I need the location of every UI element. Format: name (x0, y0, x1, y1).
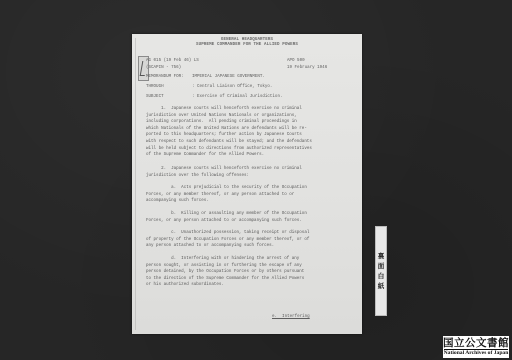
logo-japanese: 国立公文書館 (443, 337, 509, 349)
paragraph-1: 1. Japanese courts will henceforth exerc… (146, 106, 356, 159)
paragraph-2: 2. Japanese courts will henceforth exerc… (146, 166, 356, 179)
logo-english: National Archives of Japan (444, 349, 509, 357)
national-archives-logo: 国立公文書館 National Archives of Japan (443, 336, 509, 358)
item-a: a. Acts prejudicial to the security of t… (146, 185, 356, 205)
header-line-2: SUPREME COMMANDER FOR THE ALLIED POWERS (132, 42, 362, 49)
item-c: c. Unauthorized possession, taking recei… (146, 230, 356, 250)
document-page: GENERAL HEADQUARTERS SUPREME COMMANDER F… (132, 34, 362, 334)
memorandum-value: IMPERIAL JAPANESE GOVERNMENT. (192, 74, 265, 81)
subject-value: : Exercise of Criminal Jurisdiction. (192, 94, 282, 101)
through-value: : Central Liaison Office, Tokyo. (192, 84, 272, 91)
reference-number: AG 015 (19 Feb 46) LS (SCAPIN - 756) (146, 58, 199, 71)
through-label: THROUGH (146, 84, 164, 91)
continuation-catchword: e. Interfering (272, 314, 310, 321)
item-d: d. Interfering with or hindering the arr… (146, 256, 356, 289)
item-b: b. Killing or assaulting any member of t… (146, 211, 356, 224)
memorandum-label: MEMORANDUM FOR: (146, 74, 184, 81)
reverse-blank-label: 裏 面 白 紙 (375, 226, 387, 316)
apo-date: APO 500 19 February 1946 (287, 58, 327, 71)
subject-label: SUBJECT (146, 94, 164, 101)
